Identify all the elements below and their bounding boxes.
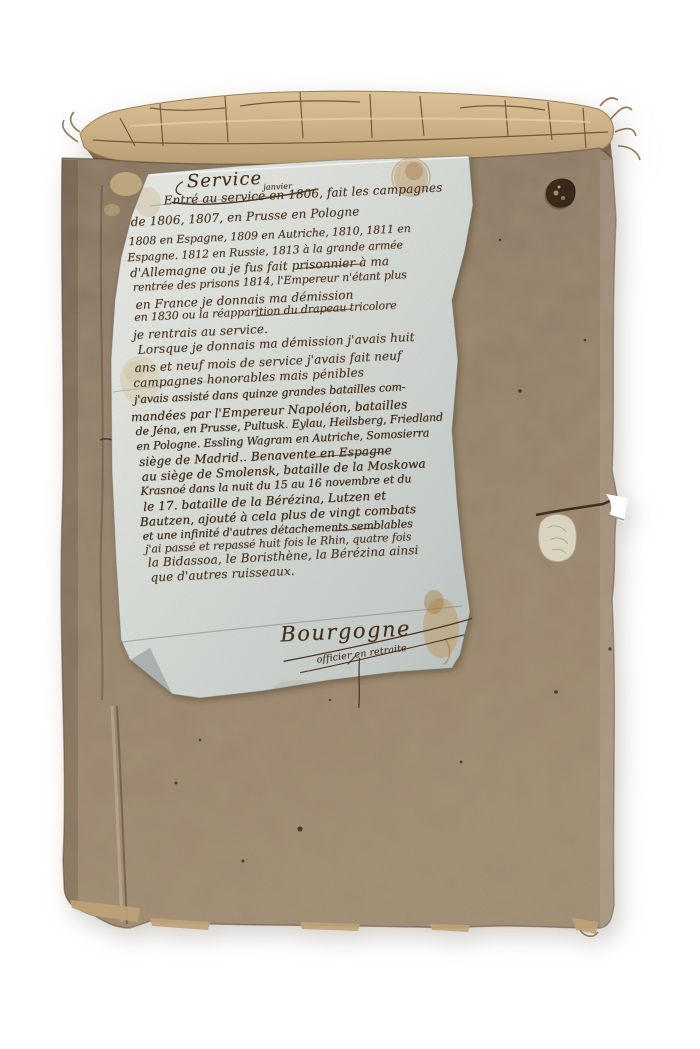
torn-tan-patch <box>110 172 142 196</box>
label-paper <box>105 150 485 710</box>
book-cover-photo <box>0 0 700 1049</box>
photo-stage: Service janvier Entré au service en 1806… <box>0 0 700 1049</box>
paper-fragment <box>539 514 577 561</box>
